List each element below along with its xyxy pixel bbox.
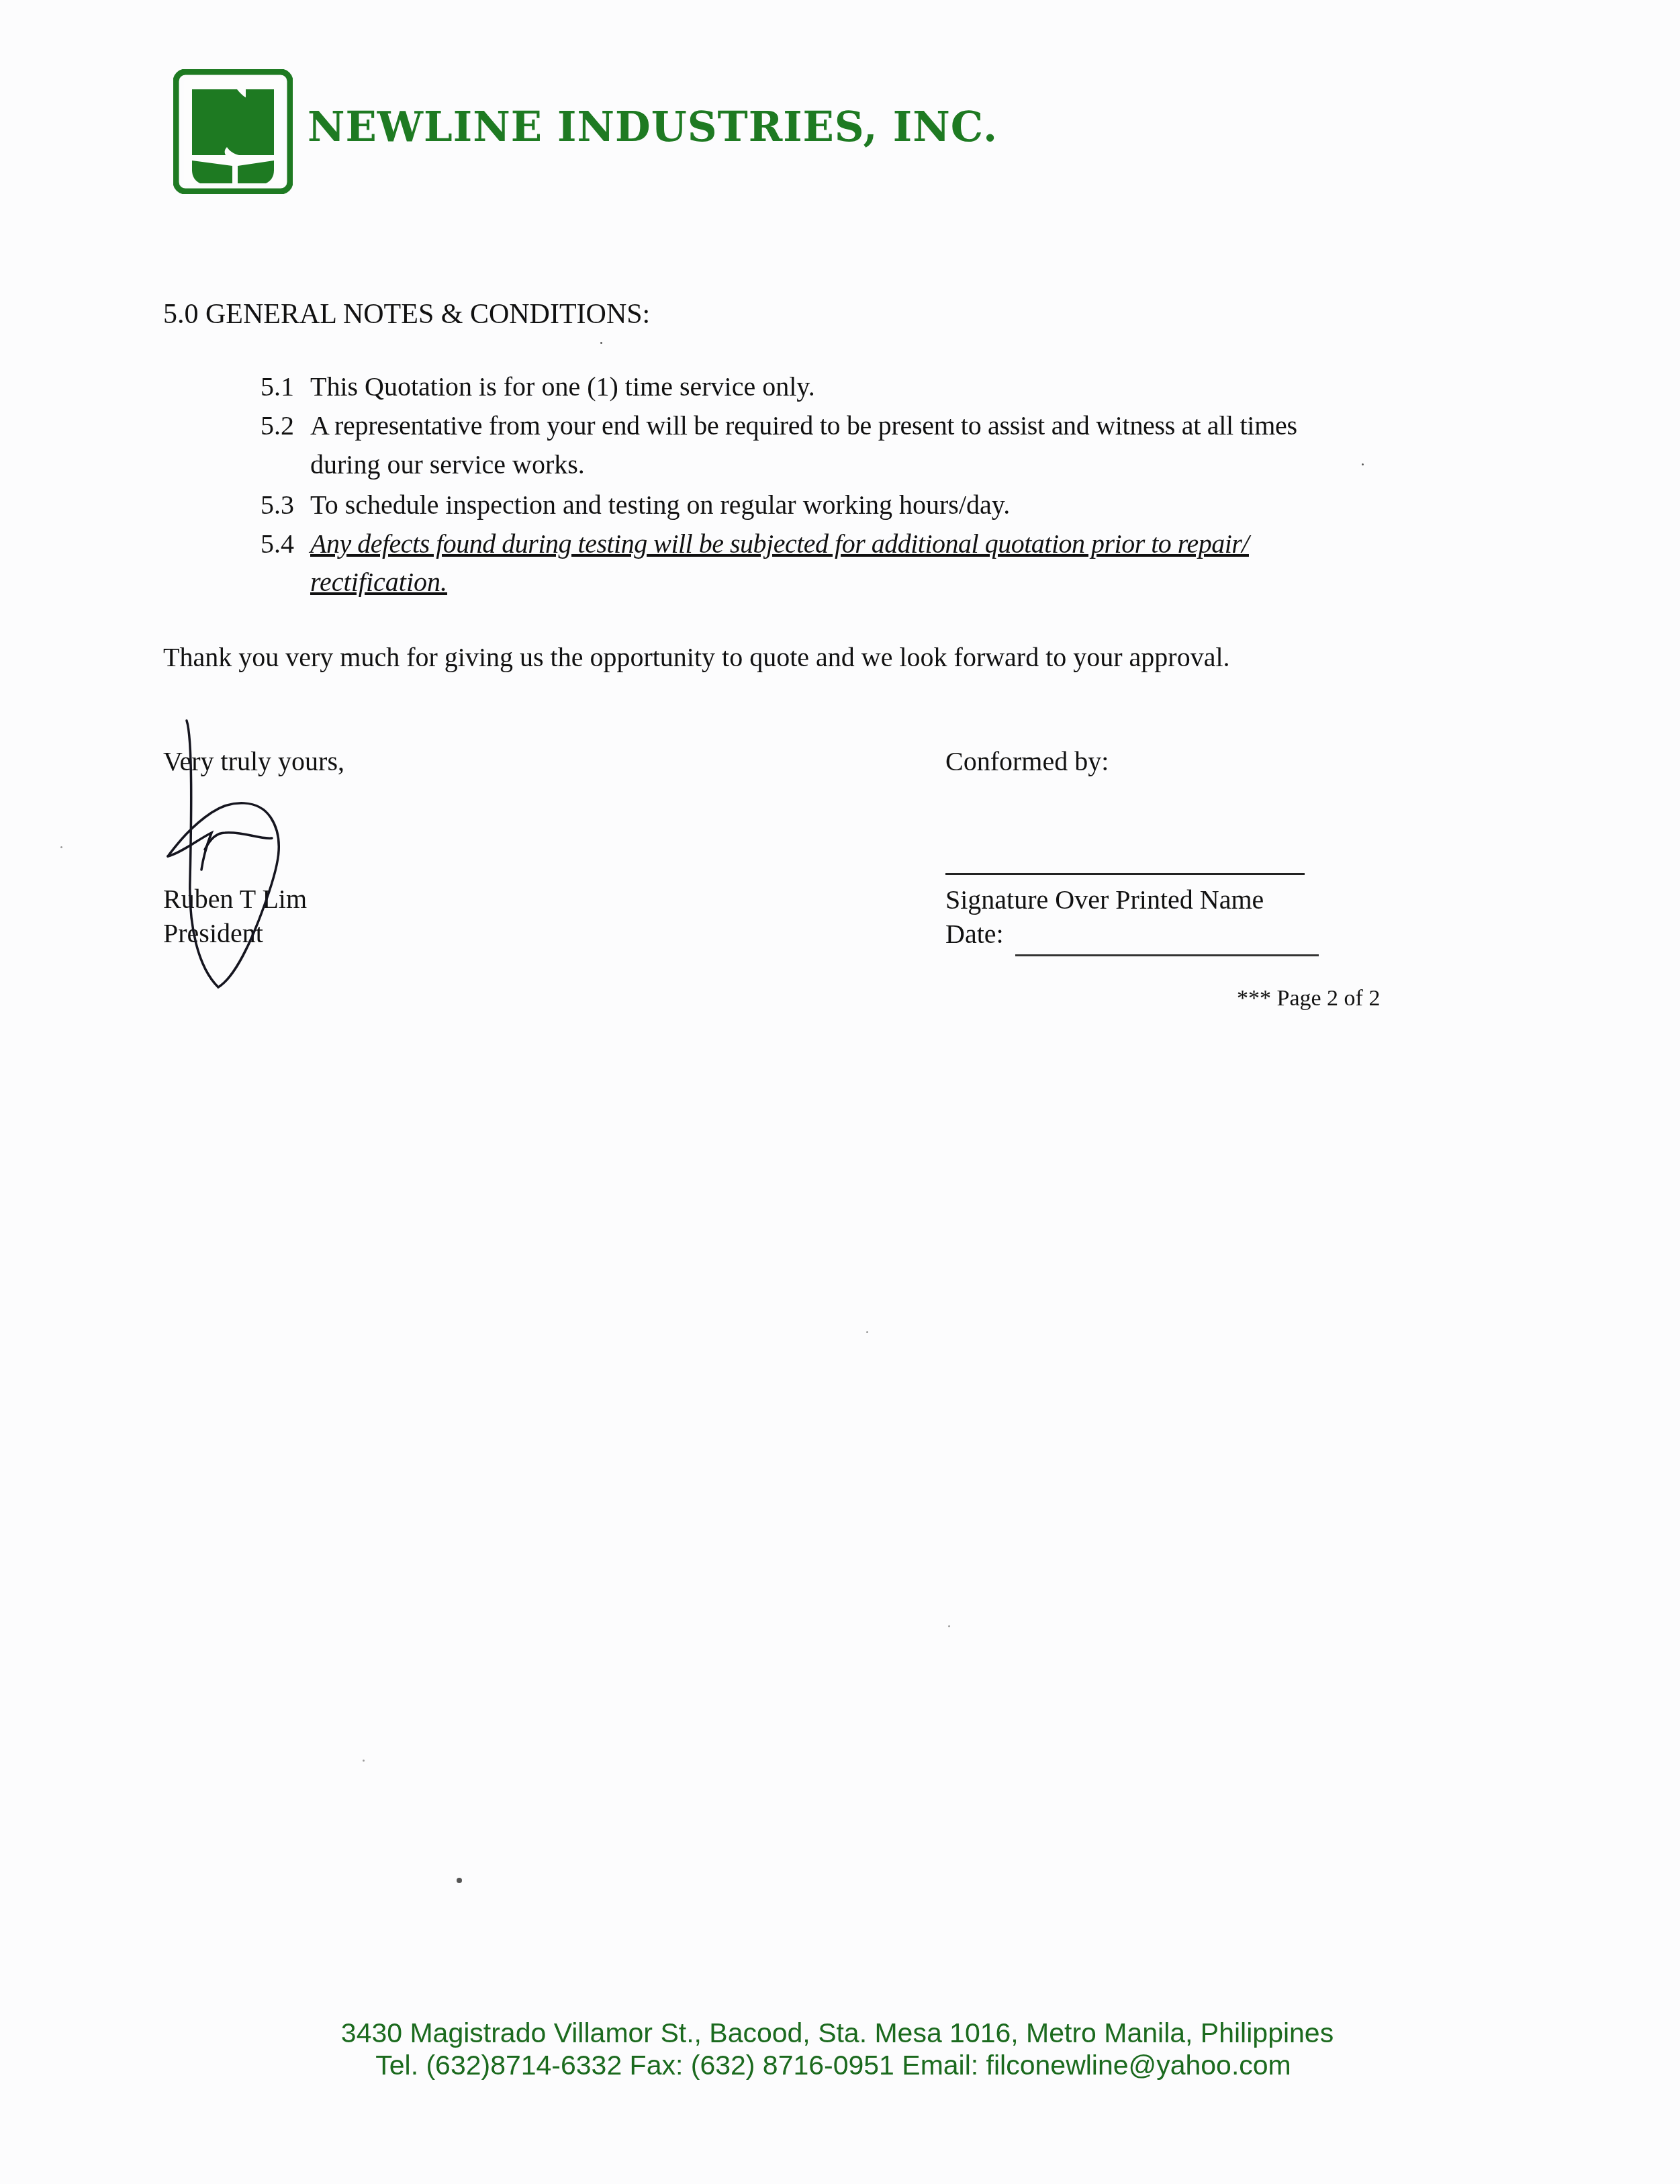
scan-speck [60,846,62,848]
item-text: A representative from your end will be r… [310,410,1297,441]
company-name: NEWLINE INDUSTRIES, INC. [308,102,998,151]
item-text-emphasis: Any defects found during testing will be… [310,528,1249,559]
item-number: 5.4 [261,528,294,559]
section-heading: 5.0 GENERAL NOTES & CONDITIONS: [163,298,650,330]
item-number: 5.2 [261,410,294,441]
scan-speck [1362,463,1364,465]
scan-speck [866,1331,868,1333]
closing-paragraph: Thank you very much for giving us the op… [163,641,1230,673]
signature-line [945,873,1305,875]
conformed-by-label: Conformed by: [945,745,1109,777]
scan-speck [363,1760,365,1762]
sender-title: President [163,917,263,949]
salutation: Very truly yours, [163,745,344,777]
page-indicator: *** Page 2 of 2 [1237,986,1380,1011]
item-text: To schedule inspection and testing on re… [310,489,1010,520]
date-line [1015,954,1319,956]
item-text-continued: during our service works. [310,449,585,480]
newline-logo-icon [173,69,293,194]
document-page: NEWLINE INDUSTRIES, INC. 5.0 GENERAL NOT… [0,0,1680,2184]
footer-contact: Tel. (632)8714-6332 Fax: (632) 8716-0951… [0,2050,1673,2081]
date-label: Date: [945,918,1004,950]
scan-speck [600,342,602,344]
signature-caption: Signature Over Printed Name [945,884,1264,915]
scan-speck [457,1878,462,1883]
item-number: 5.3 [261,489,294,520]
item-text: This Quotation is for one (1) time servi… [310,371,815,402]
footer-address: 3430 Magistrado Villamor St., Bacood, St… [0,2017,1677,2049]
item-text-emphasis-continued: rectification. [310,566,447,598]
sender-name: Ruben T Lim [163,883,307,915]
item-number: 5.1 [261,371,294,402]
scan-speck [948,1625,950,1627]
